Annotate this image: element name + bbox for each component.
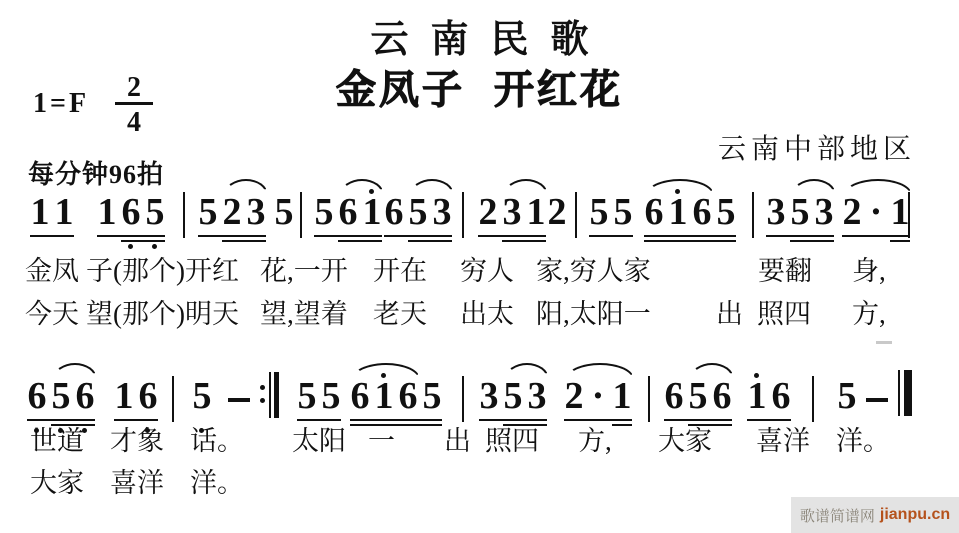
lyric-text: 老天 (373, 297, 427, 331)
lyrics-line-3: 世道才象话。太阳一出照四方,大家喜洋洋。 (0, 424, 959, 464)
final-thin-bar (898, 370, 900, 416)
note-digit: 5 (143, 192, 167, 232)
lyric-text: 照四 (485, 424, 539, 458)
note-digit: 6 (119, 192, 143, 232)
note-digit: 6 (136, 376, 160, 416)
lyric-text: 望(那个)明天 (86, 297, 239, 331)
lyric-text: 洋。 (190, 466, 244, 500)
augmentation-dot: · (864, 192, 888, 232)
beam-line (350, 419, 442, 421)
augmentation-dot: · (586, 376, 610, 416)
barline (462, 192, 464, 238)
slur-arc (224, 179, 268, 195)
song-title: 云南民歌 (0, 8, 959, 63)
slur-arc (340, 179, 384, 195)
key-signature: 1=F 2 4 (33, 72, 193, 142)
slur-arc (410, 179, 454, 195)
note-digit: 3 (244, 192, 268, 232)
note-group: 231 (476, 178, 548, 252)
lyric-text: 喜洋 (756, 424, 810, 458)
lyrics-line-1: 金凤子(那个)开红花,一开开在穷人家,穷人家要翻身, (0, 254, 959, 294)
lyric-text: 身, (852, 254, 886, 288)
lyric-text: 方, (852, 297, 886, 331)
note-digit: 1 (610, 376, 634, 416)
note-digit: 3 (477, 376, 501, 416)
barline (183, 192, 185, 238)
watermark-site-url: jianpu.cn (880, 506, 950, 524)
beam-line (479, 419, 547, 421)
beam-line (198, 235, 266, 237)
note-digit: 5 (501, 376, 525, 416)
note-digit: 1 (666, 192, 690, 232)
barline (752, 192, 754, 238)
barline (172, 376, 174, 422)
octave-dot-high (754, 373, 759, 378)
slur-arc (844, 179, 912, 195)
octave-dot-low (152, 244, 157, 249)
note-digit: 1 (745, 376, 769, 416)
time-signature: 2 4 (115, 72, 153, 135)
beam-line (384, 235, 452, 237)
note-digit: 3 (812, 192, 836, 232)
beam-line (338, 240, 382, 242)
beam-line (121, 240, 165, 242)
note-digit: 6 (382, 192, 406, 232)
lyric-text: 一 (368, 424, 395, 458)
note-digit: 5 (190, 376, 214, 416)
note-digit: 6 (25, 376, 49, 416)
note-digit: 6 (710, 376, 734, 416)
beam-line (297, 419, 341, 421)
sheet-music-page: 云南民歌 金凤子 开红花 1=F 2 4 每分钟96拍 云南中部地区 11165… (0, 0, 959, 533)
lyric-text: 要翻 (758, 254, 812, 288)
lyrics-line-2: 今天望(那个)明天望,望着老天出太阳,太阳一出照四方, (0, 297, 959, 337)
note-digit: 3 (764, 192, 788, 232)
note-digit: 2 (220, 192, 244, 232)
beam-line (27, 419, 95, 421)
note-group: 653 (382, 178, 454, 252)
lyric-text: 穷人 (460, 254, 514, 288)
lyric-text: 世道 (30, 424, 84, 458)
note-digit: 2 (840, 192, 864, 232)
slur-arc (504, 179, 548, 195)
beam-line (664, 419, 732, 421)
note-digit: 5 (420, 376, 444, 416)
beam-line (766, 235, 834, 237)
beam-line (890, 240, 910, 242)
lyric-text: 出 (716, 297, 743, 331)
beam-line (502, 240, 546, 242)
time-denominator: 4 (115, 105, 153, 135)
dash-note (866, 398, 888, 402)
dash-note (228, 398, 250, 402)
note-digit: 3 (430, 192, 454, 232)
note-group: 2·1 (840, 178, 912, 252)
note-digit: 5 (611, 192, 635, 232)
lyric-text: 阳,太阳一 (536, 297, 651, 331)
slur-arc (566, 363, 634, 379)
note-group: 561 (312, 178, 384, 252)
note-group: 2 (545, 178, 569, 252)
final-thick-bar (904, 370, 912, 416)
note-digit: 6 (396, 376, 420, 416)
note-digit: 5 (788, 192, 812, 232)
octave-dot-low (128, 244, 133, 249)
note-group: 55 (587, 178, 635, 252)
note-digit: 1 (360, 192, 384, 232)
repeat-dot (260, 398, 265, 403)
note-digit: 6 (336, 192, 360, 232)
beam-line (644, 235, 736, 237)
beam-line (589, 235, 633, 237)
slur-arc (646, 179, 714, 195)
note-digit: 6 (73, 376, 97, 416)
note-digit: 2 (545, 192, 569, 232)
beam-line (644, 240, 736, 242)
barline (462, 376, 464, 422)
notation-line-1: 11165523556165323125561653532·1 (0, 178, 959, 252)
note-digit: 5 (272, 192, 296, 232)
note-digit: 1 (112, 376, 136, 416)
note-digit: 6 (690, 192, 714, 232)
beam-line (114, 419, 158, 421)
note-digit: 5 (312, 192, 336, 232)
lyric-text: 洋。 (836, 424, 890, 458)
watermark-site-name: 歌谱简谱网 (800, 505, 875, 526)
note-digit: 1 (95, 192, 119, 232)
lyric-text: 话。 (190, 424, 244, 458)
lyric-text: 今天 (25, 297, 79, 331)
key-label: 1=F (33, 88, 89, 120)
barline (812, 376, 814, 422)
note-digit: 5 (686, 376, 710, 416)
note-digit: 5 (835, 376, 859, 416)
lyric-text: 家,穷人家 (536, 254, 651, 288)
beam-line (222, 240, 266, 242)
barline (575, 192, 577, 238)
lyric-text: 出太 (460, 297, 514, 331)
repeat-thick-bar (274, 372, 279, 418)
watermark: 歌谱简谱网 jianpu.cn (791, 497, 959, 533)
note-group: 523 (196, 178, 268, 252)
lyric-text: 金凤 (25, 254, 79, 288)
beam-line (97, 235, 165, 237)
lyric-text: 大家 (30, 466, 84, 500)
note-digit: 5 (295, 376, 319, 416)
note-group: 353 (764, 178, 836, 252)
note-group: 11 (28, 178, 76, 252)
lyric-text: 花,一开 (260, 254, 348, 288)
barline (300, 192, 302, 238)
note-digit: 3 (500, 192, 524, 232)
lyric-text: 大家 (658, 424, 712, 458)
barline (648, 376, 650, 422)
beam-line (408, 240, 452, 242)
beam-line (478, 235, 546, 237)
beam-line (747, 419, 791, 421)
note-group: 165 (95, 178, 167, 252)
barline (908, 192, 910, 238)
beam-line (842, 235, 910, 237)
lyric-text: 开在 (373, 254, 427, 288)
time-numerator: 2 (115, 72, 153, 105)
note-digit: 5 (714, 192, 738, 232)
lyric-text: 出 (444, 424, 471, 458)
repeat-dot (260, 385, 265, 390)
note-digit: 3 (525, 376, 549, 416)
lyric-text: 喜洋 (110, 466, 164, 500)
note-digit: 2 (476, 192, 500, 232)
note-digit: 1 (52, 192, 76, 232)
final-barline (898, 370, 914, 416)
note-digit: 6 (642, 192, 666, 232)
slur-arc (505, 363, 549, 379)
slur-arc (690, 363, 734, 379)
region-attribution: 云南中部地区 (718, 127, 933, 167)
beam-line (790, 240, 834, 242)
note-digit: 6 (662, 376, 686, 416)
note-digit: 5 (196, 192, 220, 232)
slur-arc (352, 363, 420, 379)
repeat-thin-bar (269, 372, 271, 418)
note-digit: 5 (49, 376, 73, 416)
note-digit: 5 (319, 376, 343, 416)
beam-line (314, 235, 382, 237)
note-digit: 5 (587, 192, 611, 232)
note-group: 6165 (642, 178, 738, 252)
note-digit: 6 (348, 376, 372, 416)
lyric-text: 才象 (110, 424, 164, 458)
slur-arc (53, 363, 97, 379)
beam-line (30, 235, 74, 237)
note-group: 5 (272, 178, 296, 252)
note-digit: 1 (28, 192, 52, 232)
lyric-text: 望,望着 (260, 297, 348, 331)
lyric-text: 子(那个)开红 (86, 254, 239, 288)
note-digit: 1 (372, 376, 396, 416)
lyric-text: 方, (578, 424, 612, 458)
repeat-sign (260, 372, 280, 418)
note-digit: 5 (406, 192, 430, 232)
beam-line (564, 419, 632, 421)
lyric-text: 太阳 (292, 424, 346, 458)
note-digit: 2 (562, 376, 586, 416)
note-digit: 6 (769, 376, 793, 416)
slur-arc (792, 179, 836, 195)
scan-artifact (876, 341, 892, 344)
lyric-text: 照四 (757, 297, 811, 331)
